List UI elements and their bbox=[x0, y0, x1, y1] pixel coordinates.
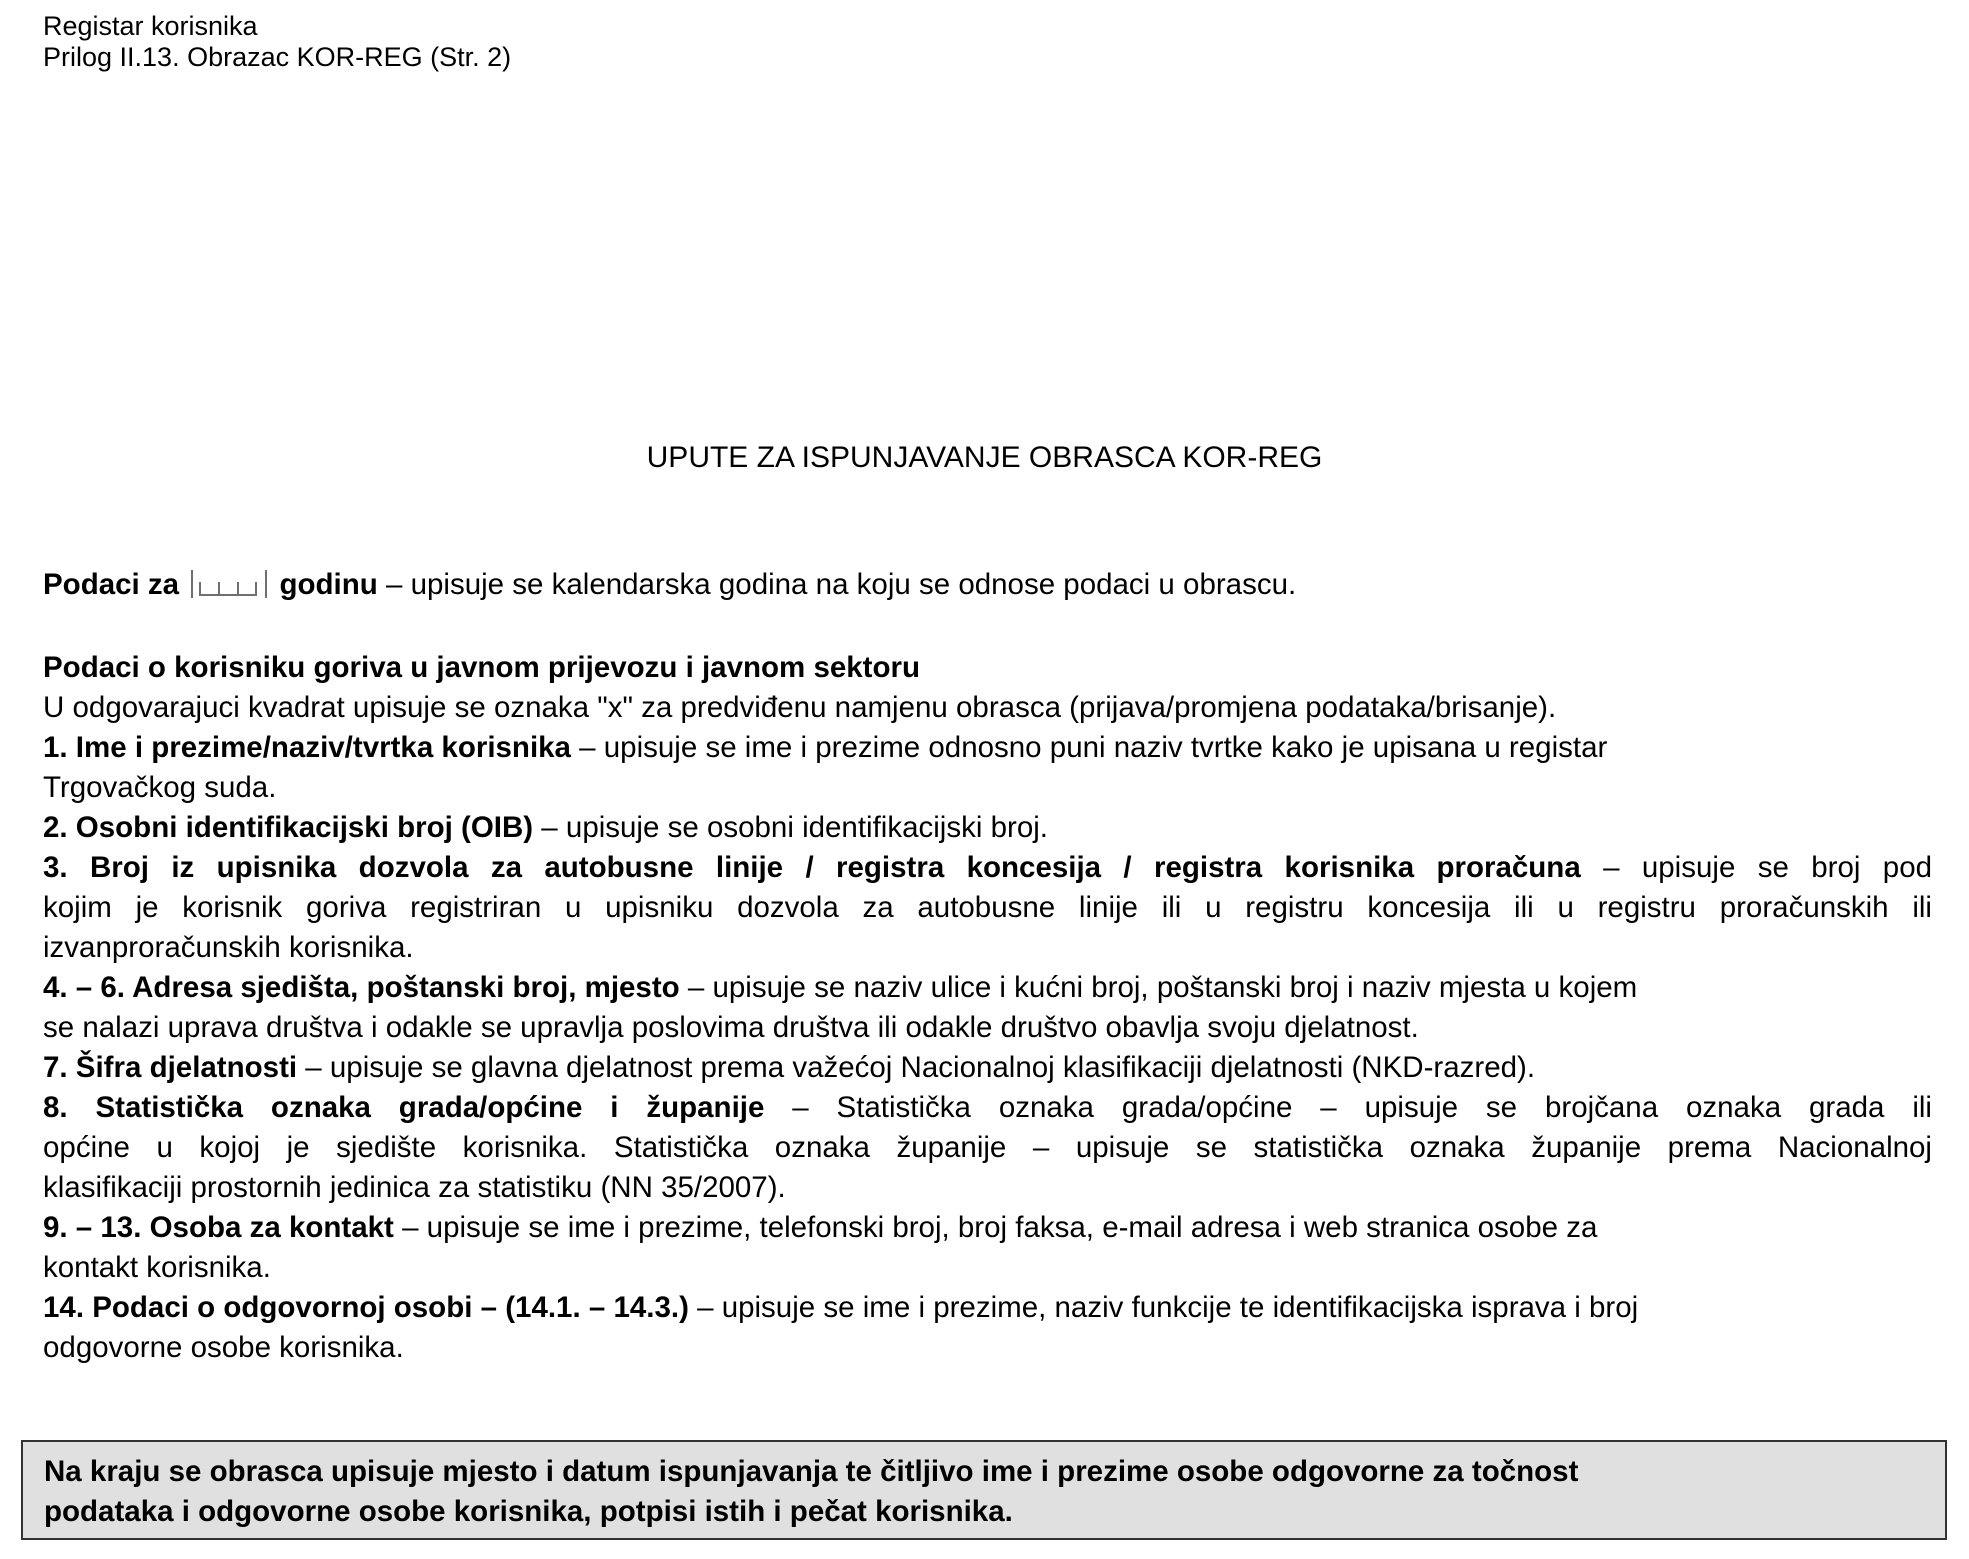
instruction-item-14: 14. Podaci o odgovornoj osobi – (14.1. –… bbox=[43, 1288, 1932, 1368]
instruction-item-1: 1. Ime i prezime/naziv/tvrtka korisnika … bbox=[43, 728, 1932, 808]
item-label: 2. Osobni identifikacijski broj (OIB) bbox=[43, 811, 533, 844]
instruction-item-2: 2. Osobni identifikacijski broj (OIB) – … bbox=[43, 808, 1932, 848]
year-description: – upisuje se kalendarska godina na koju … bbox=[378, 568, 1296, 601]
item-text: – upisuje se glavna djelatnost prema važ… bbox=[297, 1051, 1535, 1084]
item-text: – upisuje se naziv ulice i kućni broj, p… bbox=[680, 971, 1638, 1004]
item-label: 14. Podaci o odgovornoj osobi – (14.1. –… bbox=[43, 1291, 689, 1324]
item-text: kontakt korisnika. bbox=[43, 1248, 1932, 1288]
item-label: 4. – 6. Adresa sjedišta, poštanski broj,… bbox=[43, 971, 680, 1004]
item-text: kojim je korisnik goriva registriran u u… bbox=[43, 888, 1932, 928]
item-label: 7. Šifra djelatnosti bbox=[43, 1051, 297, 1084]
signature-notice-box: Na kraju se obrasca upisuje mjesto i dat… bbox=[21, 1440, 1947, 1540]
instruction-item-4-6: 4. – 6. Adresa sjedišta, poštanski broj,… bbox=[43, 968, 1932, 1048]
section-heading: Podaci o korisniku goriva u javnom prije… bbox=[43, 651, 920, 684]
item-text: – upisuje se ime i prezime odnosno puni … bbox=[571, 731, 1607, 764]
item-text: Trgovačkog suda. bbox=[43, 768, 1932, 808]
instruction-item-9-13: 9. – 13. Osoba za kontakt – upisuje se i… bbox=[43, 1208, 1932, 1288]
year-label-prefix: Podaci za bbox=[43, 568, 179, 601]
instruction-item-7: 7. Šifra djelatnosti – upisuje se glavna… bbox=[43, 1048, 1932, 1088]
document-header-register: Registar korisnika bbox=[43, 11, 258, 42]
notice-line-2: podataka i odgovorne osobe korisnika, po… bbox=[44, 1492, 1945, 1532]
item-text: – upisuje se broj pod bbox=[1581, 851, 1932, 884]
item-text: – upisuje se osobni identifikacijski bro… bbox=[533, 811, 1048, 844]
notice-line-1: Na kraju se obrasca upisuje mjesto i dat… bbox=[44, 1452, 1945, 1492]
section-intro: U odgovarajuci kvadrat upisuje se oznaka… bbox=[43, 688, 1932, 728]
item-text: klasifikaciji prostornih jedinica za sta… bbox=[43, 1168, 1932, 1208]
item-text: – upisuje se ime i prezime, telefonski b… bbox=[394, 1211, 1598, 1244]
item-text: – upisuje se ime i prezime, naziv funkci… bbox=[689, 1291, 1638, 1324]
year-input-boxes bbox=[191, 570, 267, 598]
year-instruction: Podaci za godinu – upisuje se kalendarsk… bbox=[43, 565, 1932, 605]
item-label: 9. – 13. Osoba za kontakt bbox=[43, 1211, 394, 1244]
item-text: općine u kojoj je sjedište korisnika. St… bbox=[43, 1128, 1932, 1168]
instruction-item-3: 3. Broj iz upisnika dozvola za autobusne… bbox=[43, 848, 1932, 968]
year-label-suffix: godinu bbox=[279, 568, 377, 601]
item-text: izvanproračunskih korisnika. bbox=[43, 928, 1932, 968]
instruction-item-8: 8. Statistička oznaka grada/općine i žup… bbox=[43, 1088, 1932, 1208]
item-text: se nalazi uprava društva i odakle se upr… bbox=[43, 1008, 1932, 1048]
document-header-form-ref: Prilog II.13. Obrazac KOR-REG (Str. 2) bbox=[43, 42, 511, 73]
page-title: UPUTE ZA ISPUNJAVANJE OBRASCA KOR-REG bbox=[0, 440, 1969, 476]
item-text: odgovorne osobe korisnika. bbox=[43, 1328, 1932, 1368]
item-label: 3. Broj iz upisnika dozvola za autobusne… bbox=[43, 851, 1581, 884]
item-label: 8. Statistička oznaka grada/općine i žup… bbox=[43, 1091, 764, 1124]
instructions-section: Podaci o korisniku goriva u javnom prije… bbox=[43, 648, 1932, 1368]
item-label: 1. Ime i prezime/naziv/tvrtka korisnika bbox=[43, 731, 571, 764]
item-text: – Statistička oznaka grada/općine – upis… bbox=[764, 1091, 1932, 1124]
